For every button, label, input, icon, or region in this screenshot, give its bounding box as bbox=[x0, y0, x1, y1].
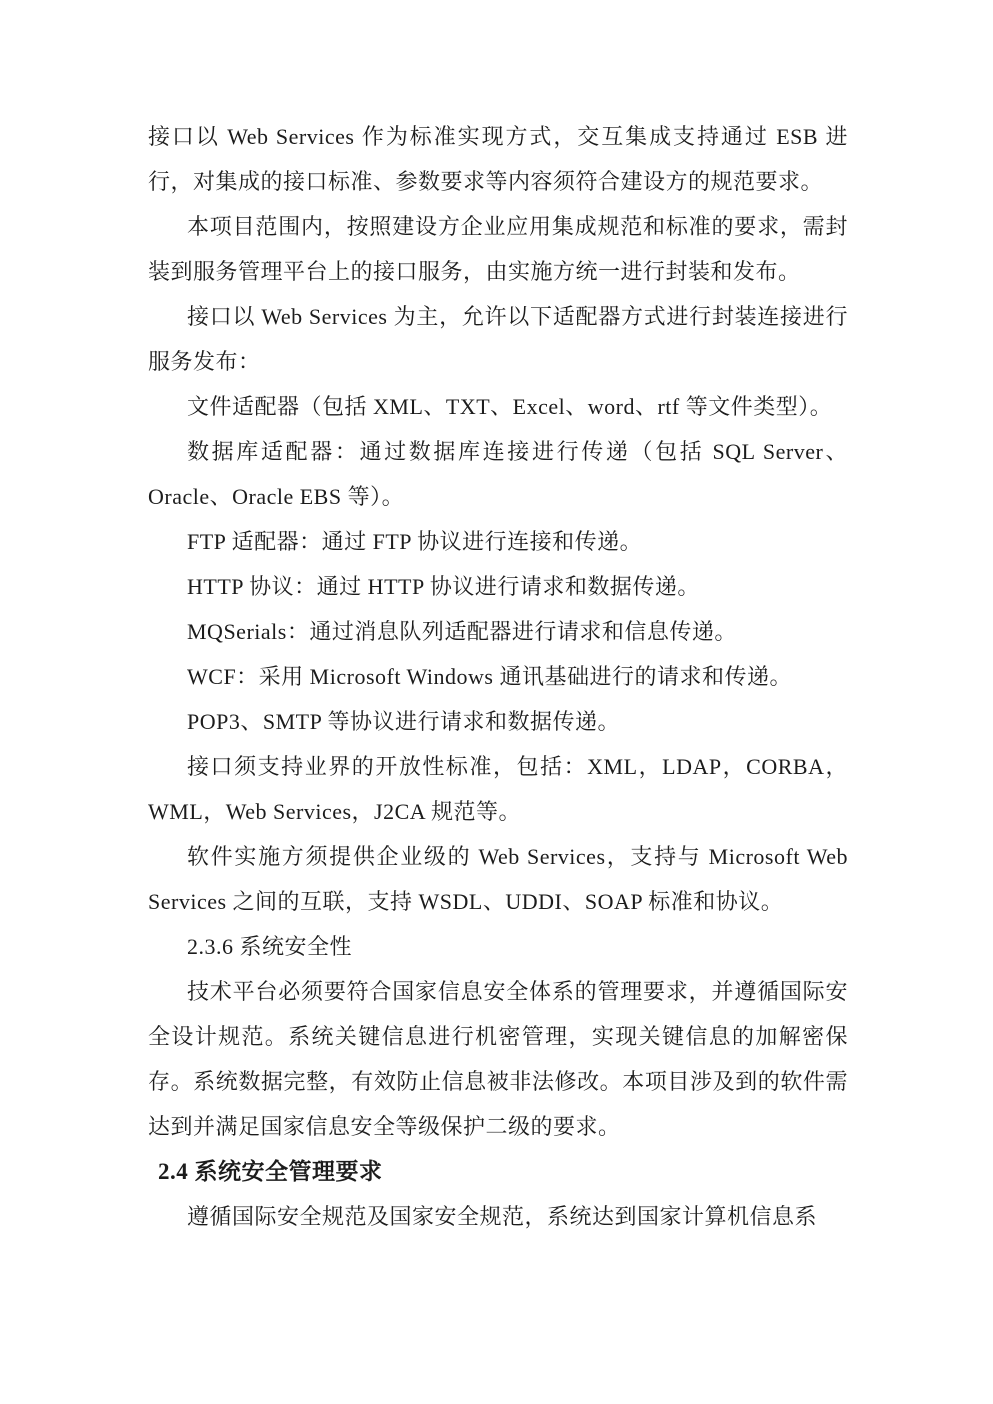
paragraph: 接口以 Web Services 为主，允许以下适配器方式进行封装连接进行服务发… bbox=[148, 294, 848, 384]
paragraph: MQSerials：通过消息队列适配器进行请求和信息传递。 bbox=[148, 609, 848, 654]
paragraph: 技术平台必须要符合国家信息安全体系的管理要求，并遵循国际安全设计规范。系统关键信… bbox=[148, 969, 848, 1149]
paragraph: FTP 适配器：通过 FTP 协议进行连接和传递。 bbox=[148, 519, 848, 564]
paragraph: POP3、SMTP 等协议进行请求和数据传递。 bbox=[148, 699, 848, 744]
paragraph: WCF：采用 Microsoft Windows 通讯基础进行的请求和传递。 bbox=[148, 654, 848, 699]
document-page: 接口以 Web Services 作为标准实现方式，交互集成支持通过 ESB 进… bbox=[0, 0, 993, 1404]
paragraph: 文件适配器（包括 XML、TXT、Excel、word、rtf 等文件类型）。 bbox=[148, 384, 848, 429]
paragraph: HTTP 协议：通过 HTTP 协议进行请求和数据传递。 bbox=[148, 564, 848, 609]
paragraph: 接口以 Web Services 作为标准实现方式，交互集成支持通过 ESB 进… bbox=[148, 114, 848, 204]
paragraph: 数据库适配器：通过数据库连接进行传递（包括 SQL Server、Oracle、… bbox=[148, 429, 848, 519]
section-heading: 2.3.6 系统安全性 bbox=[148, 924, 848, 969]
paragraph: 软件实施方须提供企业级的 Web Services，支持与 Microsoft … bbox=[148, 834, 848, 924]
paragraph: 遵循国际安全规范及国家安全规范，系统达到国家计算机信息系 bbox=[148, 1194, 848, 1239]
section-heading: 2.4 系统安全管理要求 bbox=[148, 1149, 848, 1194]
paragraph: 接口须支持业界的开放性标准，包括：XML，LDAP，CORBA，WML，Web … bbox=[148, 744, 848, 834]
paragraph: 本项目范围内，按照建设方企业应用集成规范和标准的要求，需封装到服务管理平台上的接… bbox=[148, 204, 848, 294]
document-content: 接口以 Web Services 作为标准实现方式，交互集成支持通过 ESB 进… bbox=[148, 114, 848, 1239]
